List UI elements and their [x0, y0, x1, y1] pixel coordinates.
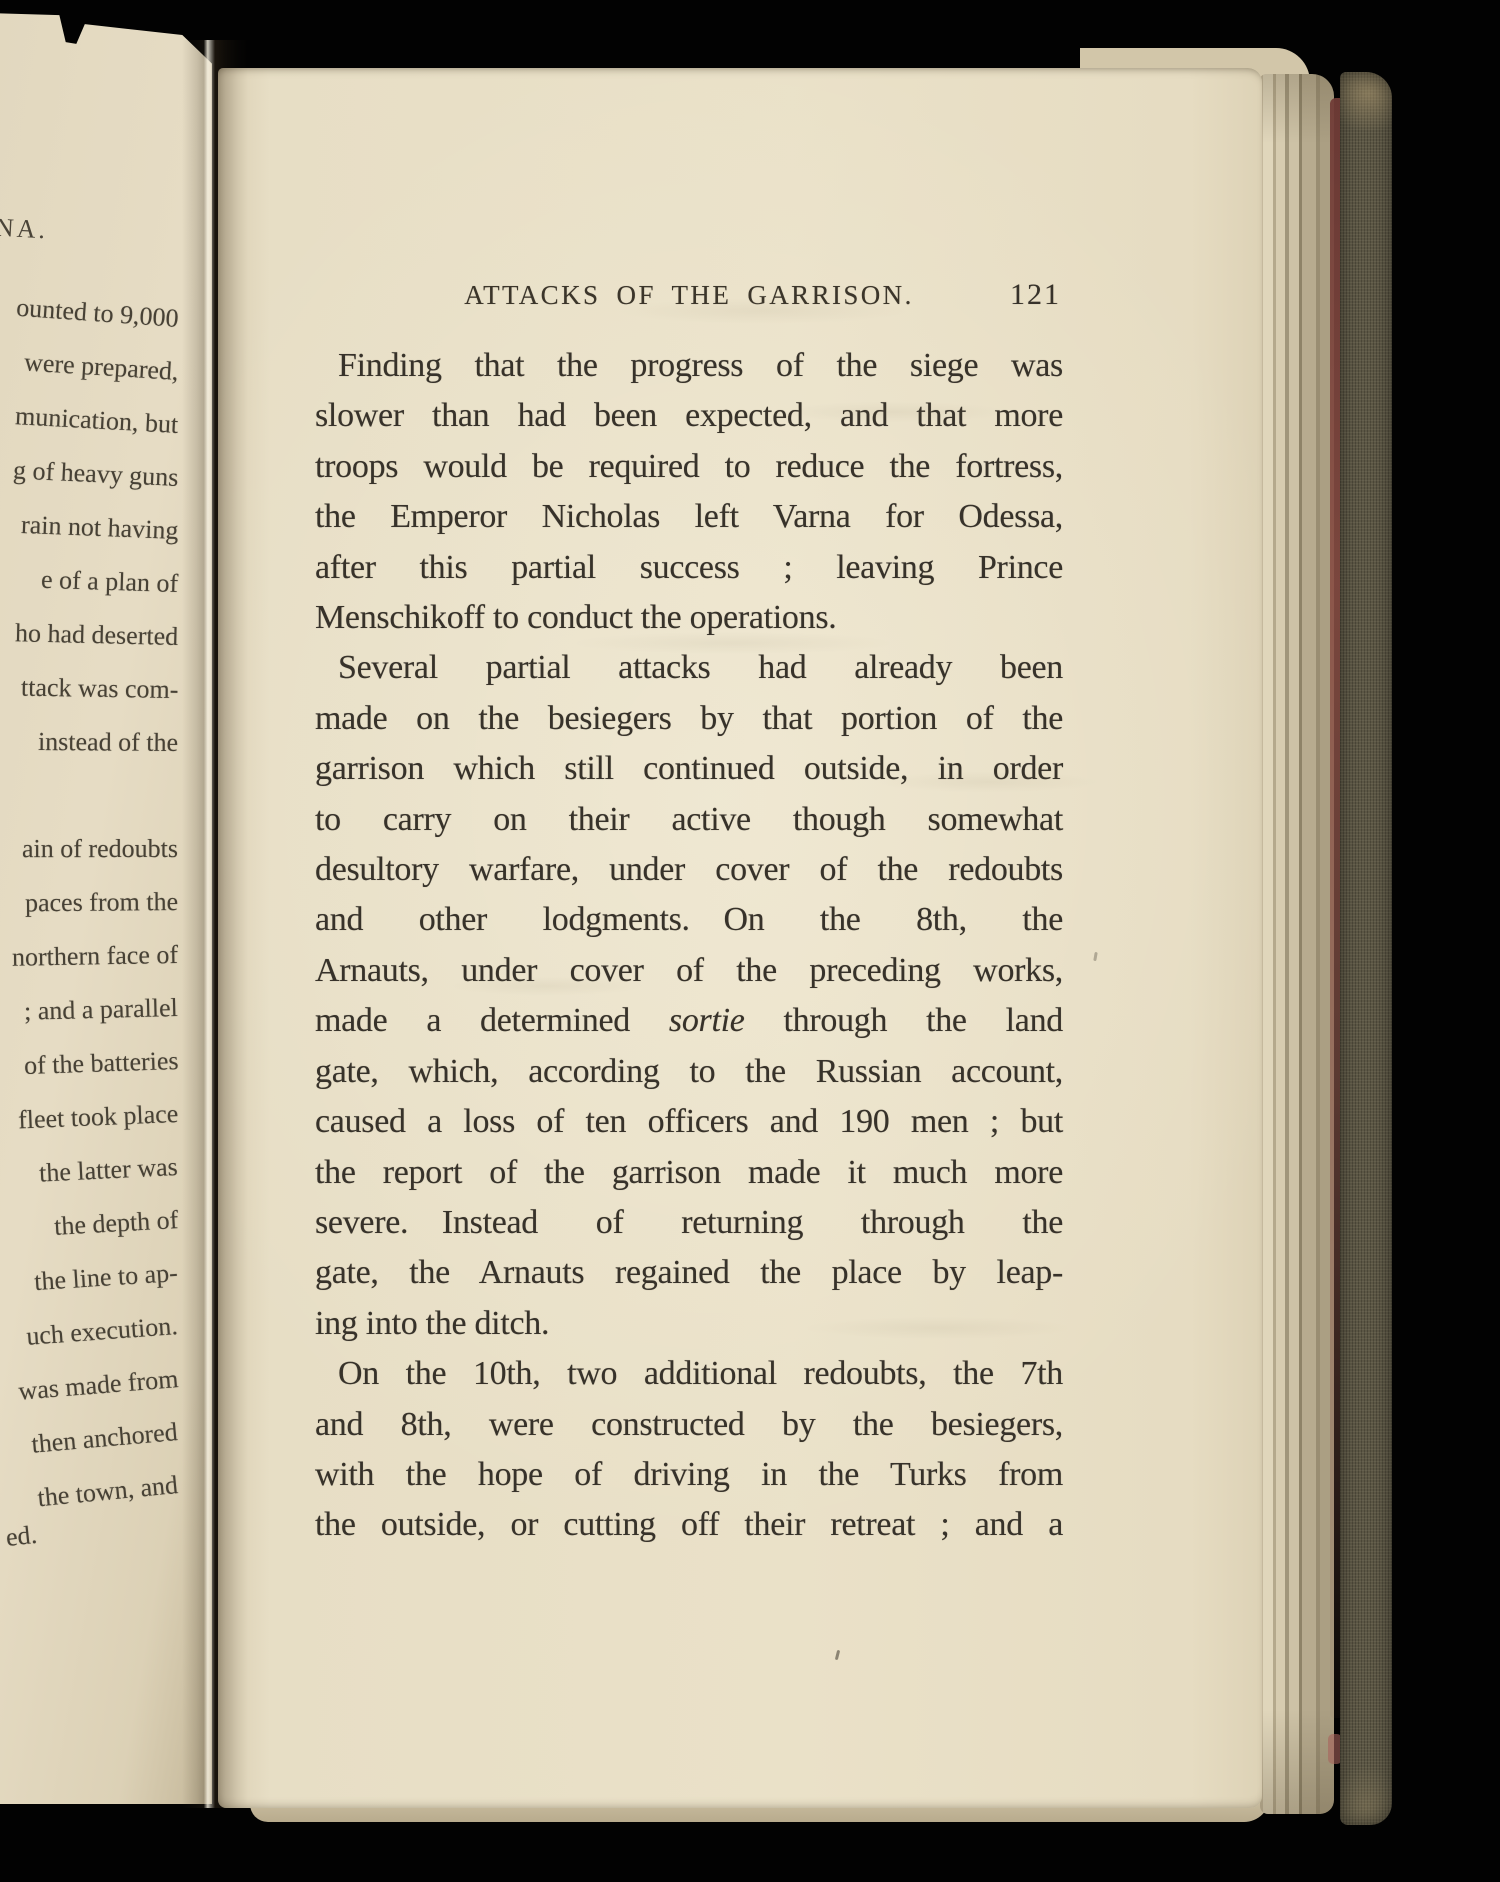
left-page-text-fragment: then anchored — [31, 1417, 180, 1460]
text-line: severe. Instead of returning through the — [315, 1198, 1063, 1248]
text-line: On the 10th, two additional redoubts, th… — [315, 1349, 1063, 1399]
left-page-text-fragment: of the batteries — [23, 1046, 178, 1081]
text-line: Several partial attacks had already been — [315, 643, 1063, 693]
cover-cloth-spine-edge — [1340, 72, 1392, 1825]
text-span: through the land — [745, 1002, 1063, 1039]
left-page-text-fragment: ounted to 9,000 — [15, 293, 179, 334]
running-head-title: ATTACKS OF THE GARRISON. — [315, 280, 1063, 311]
left-page-text-fragment: ho had deserted — [15, 618, 179, 652]
left-page-text-fragment: the latter was — [39, 1152, 179, 1189]
text-line: made a determined sortie through the lan… — [315, 996, 1063, 1046]
left-page-text-fragment: uch execution. — [26, 1311, 179, 1352]
text-line: garrison which still continued outside, … — [315, 744, 1063, 794]
text-line: Menschikoff to conduct the operations. — [315, 593, 1063, 643]
text-line: ing into the ditch. — [315, 1299, 1063, 1349]
left-page-text-fragment: northern face of — [12, 940, 179, 973]
left-page-text-fragment: munication, but — [14, 401, 179, 440]
left-page-text-fragment: paces from the — [25, 887, 178, 918]
text-line: made on the besiegers by that portion of… — [315, 694, 1063, 744]
text-line: desultory warfare, under cover of the re… — [315, 845, 1063, 895]
text-line: the Emperor Nicholas left Varna for Odes… — [315, 492, 1063, 542]
left-page-text-fragment: ttack was com- — [20, 673, 178, 705]
left-page-text-fragment: g of heavy guns — [12, 455, 179, 493]
left-page-running-head-fragment: NA. — [0, 213, 49, 246]
page-number: 121 — [1010, 278, 1061, 312]
text-line: and other lodgments. On the 8th, the — [315, 895, 1063, 945]
left-page-text-fragment: ; and a parallel — [24, 993, 178, 1027]
left-page-text-fragment: rain not having — [20, 510, 178, 546]
left-page-text-fragment: the depth of — [53, 1205, 179, 1242]
text-line: and 8th, were constructed by the besiege… — [315, 1400, 1063, 1450]
left-page-text-fragment: ed. — [4, 1520, 38, 1553]
left-page-text-fragment: e of a plan of — [40, 565, 178, 599]
text-line: Finding that the progress of the siege w… — [315, 341, 1063, 391]
left-page-text-fragment: instead of the — [38, 727, 178, 758]
left-page-text-fragment: was made from — [17, 1364, 179, 1407]
page-body-text: Finding that the progress of the siege w… — [315, 341, 1063, 1551]
left-page: NA. ounted to 9,000were prepared,municat… — [0, 8, 212, 1804]
italic-word: sortie — [669, 1002, 745, 1039]
text-line: gate, which, according to the Russian ac… — [315, 1047, 1063, 1097]
text-line: gate, the Arnauts regained the place by … — [315, 1248, 1063, 1298]
text-line: slower than had been expected, and that … — [315, 391, 1063, 441]
page-edges-stack — [1260, 74, 1334, 1814]
right-page: ATTACKS OF THE GARRISON. 121 Finding tha… — [218, 68, 1262, 1808]
text-line: the report of the garrison made it much … — [315, 1148, 1063, 1198]
text-line: with the hope of driving in the Turks fr… — [315, 1450, 1063, 1500]
left-page-text-fragment: were prepared, — [23, 347, 179, 387]
running-head-row: ATTACKS OF THE GARRISON. 121 — [315, 280, 1063, 314]
text-line: after this partial success ; leaving Pri… — [315, 543, 1063, 593]
left-page-text-fragment: fleet took place — [17, 1099, 178, 1135]
book-photograph: NA. ounted to 9,000were prepared,municat… — [0, 0, 1500, 1882]
left-page-text-fragment: the town, and — [36, 1470, 179, 1513]
text-line: the outside, or cutting off their retrea… — [315, 1500, 1063, 1550]
text-span: made a determined — [315, 1002, 669, 1039]
text-line: troops would be required to reduce the f… — [315, 442, 1063, 492]
left-page-text-fragment: the line to ap- — [34, 1258, 179, 1297]
text-line: Arnauts, under cover of the preceding wo… — [315, 946, 1063, 996]
left-page-text-fragment: ain of redoubts — [22, 834, 178, 864]
text-line: to carry on their active though somewhat — [315, 795, 1063, 845]
text-line: caused a loss of ten officers and 190 me… — [315, 1097, 1063, 1147]
